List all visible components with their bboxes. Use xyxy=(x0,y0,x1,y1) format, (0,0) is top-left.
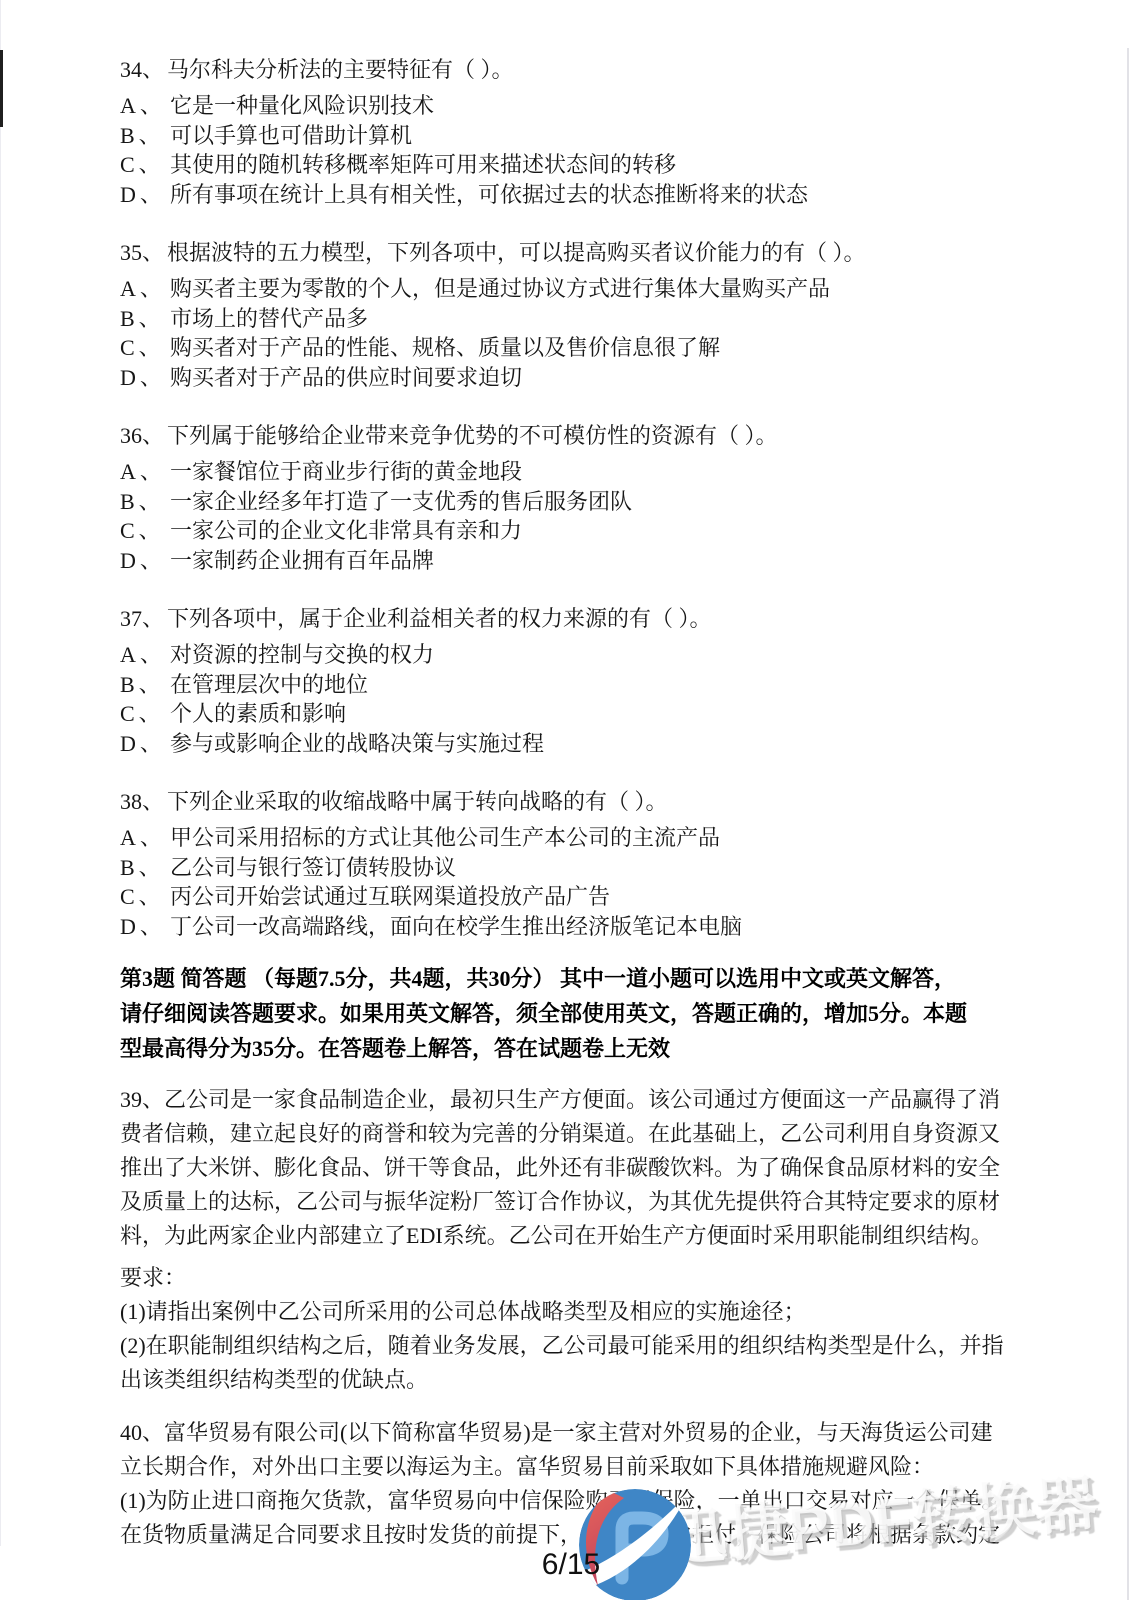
option-text: 在管理层次中的地位 xyxy=(170,670,368,700)
option-row: D、所有事项在统计上具有相关性，可依据过去的状态推断将来的状态 xyxy=(120,180,1017,210)
option-label: A、 xyxy=(120,274,170,304)
question-stem: 35、根据波特的五力模型，下列各项中，可以提高购买者议价能力的有（ ）。 xyxy=(120,235,1017,270)
option-row: A、对资源的控制与交换的权力 xyxy=(120,640,1017,670)
option-row: B、可以手算也可借助计算机 xyxy=(120,121,1017,151)
option-row: C、丙公司开始尝试通过互联网渠道投放产品广告 xyxy=(120,882,1017,912)
option-label: D、 xyxy=(120,546,170,576)
pdf-converter-logo-icon xyxy=(578,1488,692,1600)
option-text: 购买者对于产品的供应时间要求迫切 xyxy=(170,363,522,393)
option-text: 一家公司的企业文化非常具有亲和力 xyxy=(170,516,522,546)
option-text: 购买者主要为零散的个人，但是通过协议方式进行集体大量购买产品 xyxy=(170,274,830,304)
option-label: D、 xyxy=(120,729,170,759)
question-stem-text: 下列企业采取的收缩战略中属于转向战略的有（ ）。 xyxy=(167,789,668,814)
option-row: D、购买者对于产品的供应时间要求迫切 xyxy=(120,363,1017,393)
option-text: 个人的素质和影响 xyxy=(170,699,346,729)
option-row: C、其使用的随机转移概率矩阵可用来描述状态间的转移 xyxy=(120,150,1017,180)
option-row: B、乙公司与银行签订债转股协议 xyxy=(120,853,1017,883)
option-row: A、一家餐馆位于商业步行街的黄金地段 xyxy=(120,457,1017,487)
option-row: B、在管理层次中的地位 xyxy=(120,670,1017,700)
option-label: C、 xyxy=(120,882,170,912)
option-label: B、 xyxy=(120,304,170,334)
question-stem: 37、下列各项中，属于企业利益相关者的权力来源的有（ ）。 xyxy=(120,601,1017,636)
question-stem-text: 下列属于能够给企业带来竞争优势的不可模仿性的资源有（ ）。 xyxy=(167,423,778,448)
question-number: 35、 xyxy=(120,235,167,270)
option-label: C、 xyxy=(120,150,170,180)
question-stem: 34、马尔科夫分析法的主要特征有（ ）。 xyxy=(120,52,1017,87)
option-label: B、 xyxy=(120,487,170,517)
case-intro-paragraph: 39、乙公司是一家食品制造企业，最初只生产方便面。该公司通过方便面这一产品赢得了… xyxy=(120,1083,1017,1253)
option-label: C、 xyxy=(120,516,170,546)
option-label: D、 xyxy=(120,363,170,393)
option-text: 丁公司一改高端路线，面向在校学生推出经济版笔记本电脑 xyxy=(170,912,742,942)
option-label: C、 xyxy=(120,333,170,363)
question-39: 39、乙公司是一家食品制造企业，最初只生产方便面。该公司通过方便面这一产品赢得了… xyxy=(120,1083,1017,1397)
question-number: 34、 xyxy=(120,52,167,87)
question-34: 34、马尔科夫分析法的主要特征有（ ）。 A、它是一种量化风险识别技术 B、可以… xyxy=(120,52,1017,209)
option-row: A、它是一种量化风险识别技术 xyxy=(120,91,1017,121)
option-label: A、 xyxy=(120,457,170,487)
section-3-header: 第3题 简答题 （每题7.5分，共4题，共30分） 其中一道小题可以选用中文或英… xyxy=(120,961,1017,1066)
page-right-edge xyxy=(1127,48,1129,1600)
question-stem: 36、下列属于能够给企业带来竞争优势的不可模仿性的资源有（ ）。 xyxy=(120,418,1017,453)
option-row: D、一家制药企业拥有百年品牌 xyxy=(120,546,1017,576)
option-text: 购买者对于产品的性能、规格、质量以及售价信息很了解 xyxy=(170,333,720,363)
option-label: B、 xyxy=(120,670,170,700)
question-stem-text: 根据波特的五力模型，下列各项中，可以提高购买者议价能力的有（ ）。 xyxy=(167,240,866,265)
question-stem: 38、下列企业采取的收缩战略中属于转向战略的有（ ）。 xyxy=(120,784,1017,819)
question-stem-text: 马尔科夫分析法的主要特征有（ ）。 xyxy=(167,57,514,82)
option-text: 对资源的控制与交换的权力 xyxy=(170,640,434,670)
option-text: 丙公司开始尝试通过互联网渠道投放产品广告 xyxy=(170,882,610,912)
option-label: D、 xyxy=(120,180,170,210)
requirements-label: 要求： xyxy=(120,1261,1017,1295)
option-label: A、 xyxy=(120,640,170,670)
option-text: 甲公司采用招标的方式让其他公司生产本公司的主流产品 xyxy=(170,823,720,853)
option-text: 一家制药企业拥有百年品牌 xyxy=(170,546,434,576)
option-text: 一家企业经多年打造了一支优秀的售后服务团队 xyxy=(170,487,632,517)
requirements-list: (1)请指出案例中乙公司所采用的公司总体战略类型及相应的实施途径； (2)在职能… xyxy=(120,1295,1017,1397)
question-number: 36、 xyxy=(120,418,167,453)
option-row: C、一家公司的企业文化非常具有亲和力 xyxy=(120,516,1017,546)
option-row: C、个人的素质和影响 xyxy=(120,699,1017,729)
option-text: 其使用的随机转移概率矩阵可用来描述状态间的转移 xyxy=(170,150,676,180)
option-label: A、 xyxy=(120,823,170,853)
question-36: 36、下列属于能够给企业带来竞争优势的不可模仿性的资源有（ ）。 A、一家餐馆位… xyxy=(120,418,1017,575)
page-number: 6/15 xyxy=(0,1548,1130,1582)
page-left-edge xyxy=(0,0,1,1546)
option-label: D、 xyxy=(120,912,170,942)
option-row: B、市场上的替代产品多 xyxy=(120,304,1017,334)
option-label: B、 xyxy=(120,853,170,883)
question-number: 37、 xyxy=(120,601,167,636)
scan-artifact-mark xyxy=(0,50,3,127)
option-text: 市场上的替代产品多 xyxy=(170,304,368,334)
exam-page-content: 34、马尔科夫分析法的主要特征有（ ）。 A、它是一种量化风险识别技术 B、可以… xyxy=(120,52,1017,1571)
option-row: B、一家企业经多年打造了一支优秀的售后服务团队 xyxy=(120,487,1017,517)
question-number: 38、 xyxy=(120,784,167,819)
option-text: 参与或影响企业的战略决策与实施过程 xyxy=(170,729,544,759)
option-text: 一家餐馆位于商业步行街的黄金地段 xyxy=(170,457,522,487)
option-row: C、购买者对于产品的性能、规格、质量以及售价信息很了解 xyxy=(120,333,1017,363)
option-text: 它是一种量化风险识别技术 xyxy=(170,91,434,121)
option-text: 所有事项在统计上具有相关性，可依据过去的状态推断将来的状态 xyxy=(170,180,808,210)
question-35: 35、根据波特的五力模型，下列各项中，可以提高购买者议价能力的有（ ）。 A、购… xyxy=(120,235,1017,392)
option-text: 乙公司与银行签订债转股协议 xyxy=(170,853,456,883)
question-38: 38、下列企业采取的收缩战略中属于转向战略的有（ ）。 A、甲公司采用招标的方式… xyxy=(120,784,1017,941)
option-text: 可以手算也可借助计算机 xyxy=(170,121,412,151)
option-label: B、 xyxy=(120,121,170,151)
option-row: D、丁公司一改高端路线，面向在校学生推出经济版笔记本电脑 xyxy=(120,912,1017,942)
option-row: D、参与或影响企业的战略决策与实施过程 xyxy=(120,729,1017,759)
option-label: C、 xyxy=(120,699,170,729)
question-stem-text: 下列各项中，属于企业利益相关者的权力来源的有（ ）。 xyxy=(167,606,712,631)
option-row: A、甲公司采用招标的方式让其他公司生产本公司的主流产品 xyxy=(120,823,1017,853)
option-label: A、 xyxy=(120,91,170,121)
question-37: 37、下列各项中，属于企业利益相关者的权力来源的有（ ）。 A、对资源的控制与交… xyxy=(120,601,1017,758)
option-row: A、购买者主要为零散的个人，但是通过协议方式进行集体大量购买产品 xyxy=(120,274,1017,304)
